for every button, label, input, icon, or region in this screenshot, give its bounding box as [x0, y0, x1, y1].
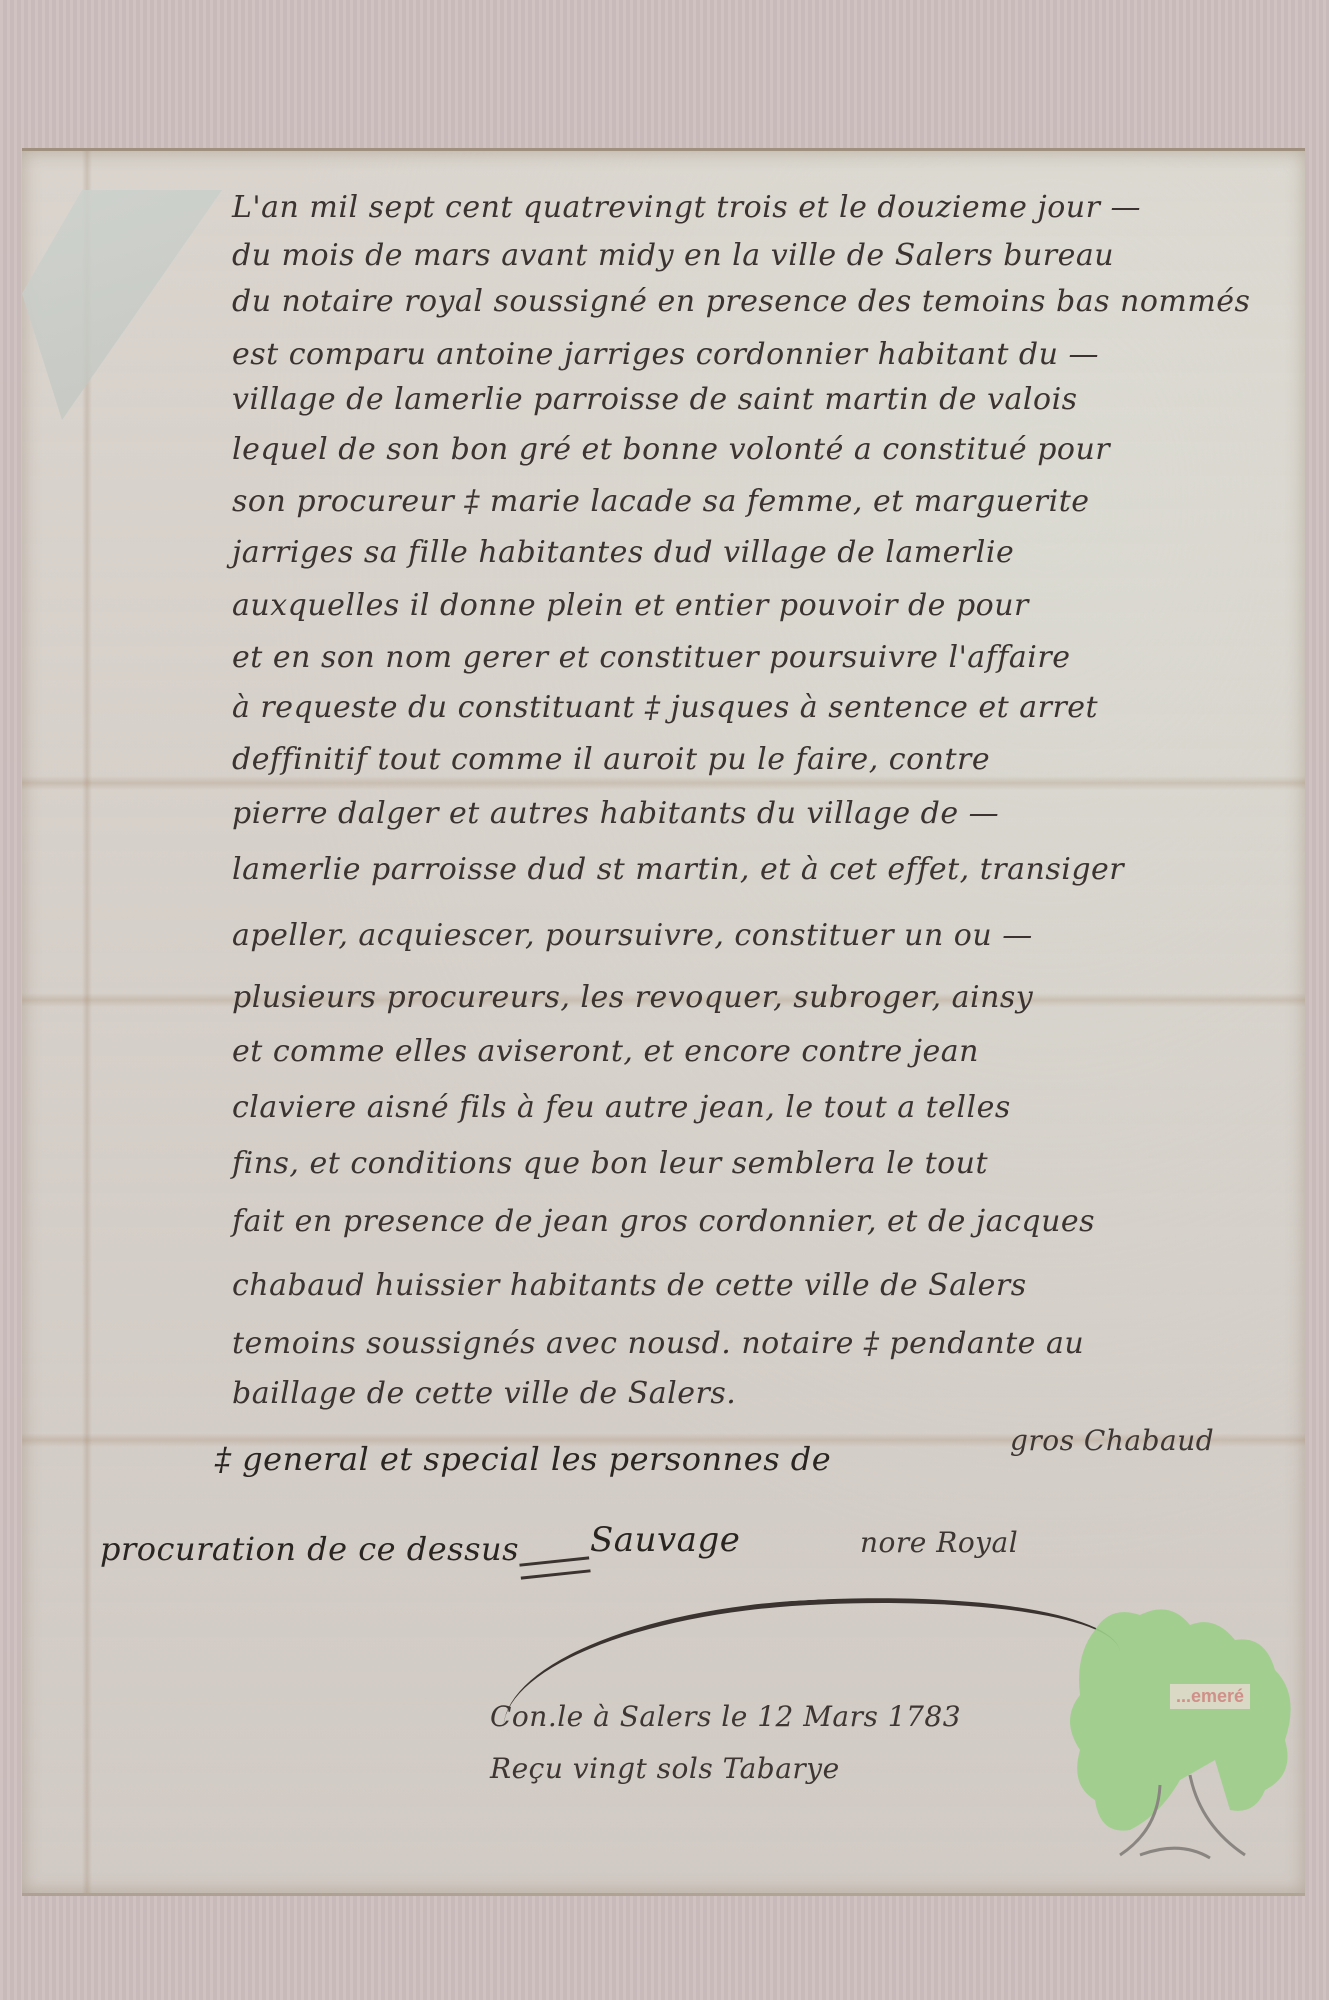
- body-line: lequel de son bon gré et bonne volonté a…: [232, 432, 1110, 467]
- notary-title: nore Royal: [860, 1526, 1018, 1559]
- body-line: son procureur ‡ marie lacade sa femme, e…: [232, 484, 1090, 519]
- body-line: jarriges sa fille habitantes dud village…: [232, 535, 1014, 570]
- witness-signatures: gros Chabaud: [1010, 1424, 1214, 1457]
- body-line: temoins soussignés avec nousd. notaire ‡…: [232, 1326, 1084, 1361]
- body-line: fait en presence de jean gros cordonnier…: [232, 1204, 1095, 1239]
- body-line: fins, et conditions que bon leur sembler…: [232, 1146, 988, 1181]
- fold-crease-vertical: [82, 151, 92, 1893]
- body-line: deffinitif tout comme il auroit pu le fa…: [232, 742, 990, 777]
- control-note: Reçu vingt sols Tabarye: [490, 1752, 840, 1785]
- fold-crease: [22, 776, 1305, 790]
- control-note: Con.le à Salers le 12 Mars 1783: [490, 1700, 961, 1733]
- notary-signature: Sauvage: [590, 1520, 740, 1560]
- body-line: lamerlie parroisse dud st martin, et à c…: [232, 852, 1124, 887]
- body-line: chabaud huissier habitants de cette vill…: [232, 1268, 1027, 1303]
- body-line: claviere aisné fils à feu autre jean, le…: [232, 1090, 1011, 1125]
- watermark-logo: ...emeré: [1040, 1600, 1310, 1850]
- body-line: baillage de cette ville de Salers.: [232, 1376, 736, 1411]
- body-line: apeller, acquiescer, poursuivre, constit…: [232, 918, 1033, 953]
- body-line: village de lamerlie parroisse de saint m…: [232, 382, 1078, 417]
- body-line: du mois de mars avant midy en la ville d…: [232, 238, 1114, 273]
- body-line: et comme elles aviseront, et encore cont…: [232, 1034, 979, 1069]
- marginal-addition: ‡ general et special les personnes de: [215, 1440, 831, 1478]
- watermark-text: ...emeré: [1170, 1684, 1250, 1709]
- body-line: à requeste du constituant ‡ jusques à se…: [232, 690, 1098, 725]
- body-line: auxquelles il donne plein et entier pouv…: [232, 588, 1029, 623]
- body-line: du notaire royal soussigné en presence d…: [232, 284, 1250, 319]
- body-line: et en son nom gerer et constituer poursu…: [232, 640, 1070, 675]
- marginal-addition: procuration de ce dessus: [100, 1530, 519, 1568]
- body-line: plusieurs procureurs, les revoquer, subr…: [232, 980, 1033, 1015]
- tree-icon: [1040, 1600, 1310, 1870]
- body-line: est comparu antoine jarriges cordonnier …: [232, 337, 1099, 372]
- body-line: pierre dalger et autres habitants du vil…: [232, 796, 999, 831]
- body-line: L'an mil sept cent quatrevingt trois et …: [232, 190, 1141, 225]
